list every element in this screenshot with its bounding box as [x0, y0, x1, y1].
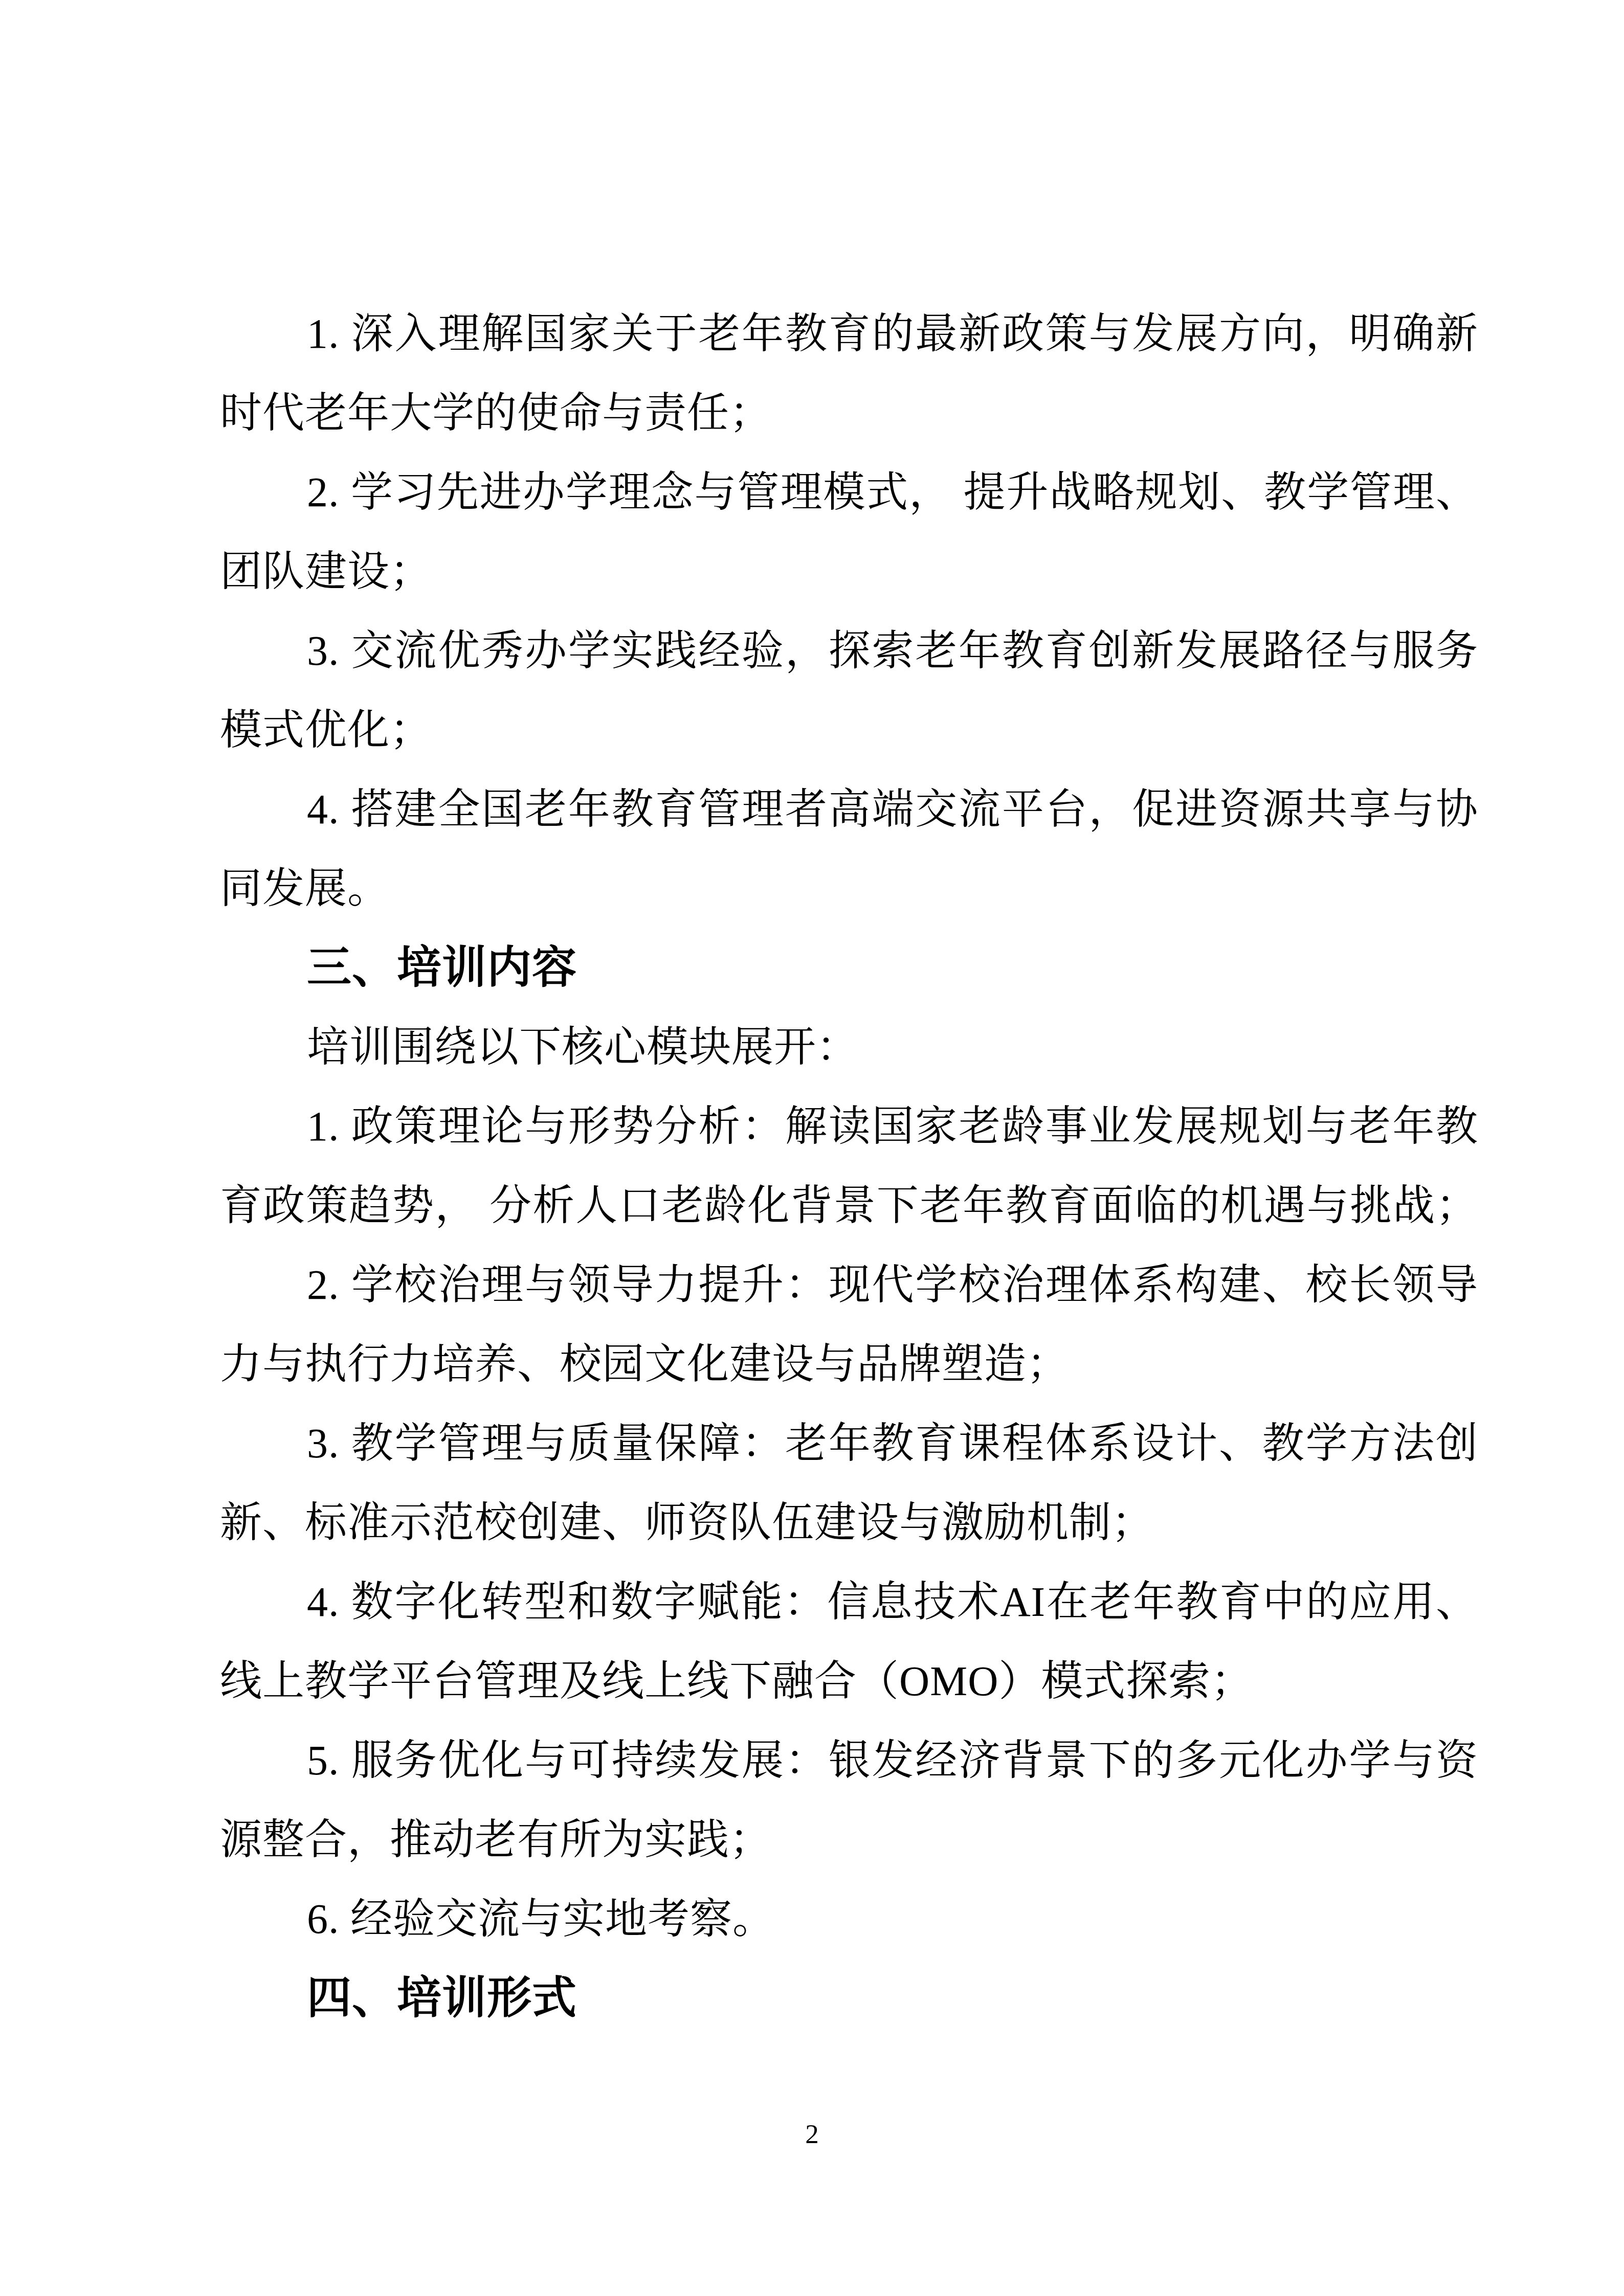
paragraph: 1. 深入理解国家关于老年教育的最新政策与发展方向，明确新时代老年大学的使命与责…	[220, 294, 1478, 453]
text-line: 4. 数字化转型和数字赋能：信息技术AI在老年教育中的应用、	[220, 1562, 1478, 1641]
text-line: 3. 交流优秀办学实践经验，探索老年教育创新发展路径与服务	[220, 611, 1478, 690]
text-line: 6. 经验交流与实地考察。	[220, 1879, 1478, 1959]
paragraph: 4. 搭建全国老年教育管理者高端交流平台，促进资源共享与协同发展。	[220, 770, 1478, 928]
page-number: 2	[0, 2121, 1624, 2148]
text-line: 培训围绕以下核心模块展开：	[220, 1007, 1478, 1087]
text-line: 力与执行力培养、校园文化建设与品牌塑造；	[220, 1324, 1478, 1404]
text-line: 模式优化；	[220, 690, 1478, 770]
paragraph: 2. 学校治理与领导力提升：现代学校治理体系构建、校长领导力与执行力培养、校园文…	[220, 1245, 1478, 1404]
paragraph: 4. 数字化转型和数字赋能：信息技术AI在老年教育中的应用、线上教学平台管理及线…	[220, 1562, 1478, 1721]
paragraph: 3. 交流优秀办学实践经验，探索老年教育创新发展路径与服务模式优化；	[220, 611, 1478, 770]
section-heading: 四、培训形式	[220, 1959, 1478, 2038]
text-line: 1. 政策理论与形势分析：解读国家老龄事业发展规划与老年教	[220, 1087, 1478, 1166]
text-line: 四、培训形式	[220, 1959, 1478, 2038]
text-line: 新、标准示范校创建、师资队伍建设与激励机制；	[220, 1483, 1478, 1562]
text-line: 4. 搭建全国老年教育管理者高端交流平台，促进资源共享与协	[220, 770, 1478, 849]
text-line: 同发展。	[220, 849, 1478, 928]
text-line: 团队建设；	[220, 532, 1478, 611]
paragraph: 1. 政策理论与形势分析：解读国家老龄事业发展规划与老年教育政策趋势， 分析人口…	[220, 1087, 1478, 1245]
section-heading: 三、培训内容	[220, 928, 1478, 1007]
paragraph: 6. 经验交流与实地考察。	[220, 1879, 1478, 1959]
paragraph: 5. 服务优化与可持续发展：银发经济背景下的多元化办学与资源整合，推动老有所为实…	[220, 1721, 1478, 1879]
text-line: 2. 学习先进办学理念与管理模式， 提升战略规划、教学管理、	[220, 453, 1478, 532]
paragraph: 培训围绕以下核心模块展开：	[220, 1007, 1478, 1087]
document-content: 1. 深入理解国家关于老年教育的最新政策与发展方向，明确新时代老年大学的使命与责…	[220, 294, 1478, 2038]
document-page: 1. 深入理解国家关于老年教育的最新政策与发展方向，明确新时代老年大学的使命与责…	[0, 0, 1624, 2296]
text-line: 1. 深入理解国家关于老年教育的最新政策与发展方向，明确新	[220, 294, 1478, 373]
text-line: 时代老年大学的使命与责任；	[220, 373, 1478, 453]
text-line: 三、培训内容	[220, 928, 1478, 1007]
text-line: 3. 教学管理与质量保障：老年教育课程体系设计、教学方法创	[220, 1404, 1478, 1483]
text-line: 源整合，推动老有所为实践；	[220, 1800, 1478, 1879]
text-line: 线上教学平台管理及线上线下融合（OMO）模式探索；	[220, 1641, 1478, 1721]
text-line: 育政策趋势， 分析人口老龄化背景下老年教育面临的机遇与挑战；	[220, 1166, 1478, 1245]
text-line: 5. 服务优化与可持续发展：银发经济背景下的多元化办学与资	[220, 1721, 1478, 1800]
paragraph: 2. 学习先进办学理念与管理模式， 提升战略规划、教学管理、团队建设；	[220, 453, 1478, 611]
paragraph: 3. 教学管理与质量保障：老年教育课程体系设计、教学方法创新、标准示范校创建、师…	[220, 1404, 1478, 1562]
text-line: 2. 学校治理与领导力提升：现代学校治理体系构建、校长领导	[220, 1245, 1478, 1324]
